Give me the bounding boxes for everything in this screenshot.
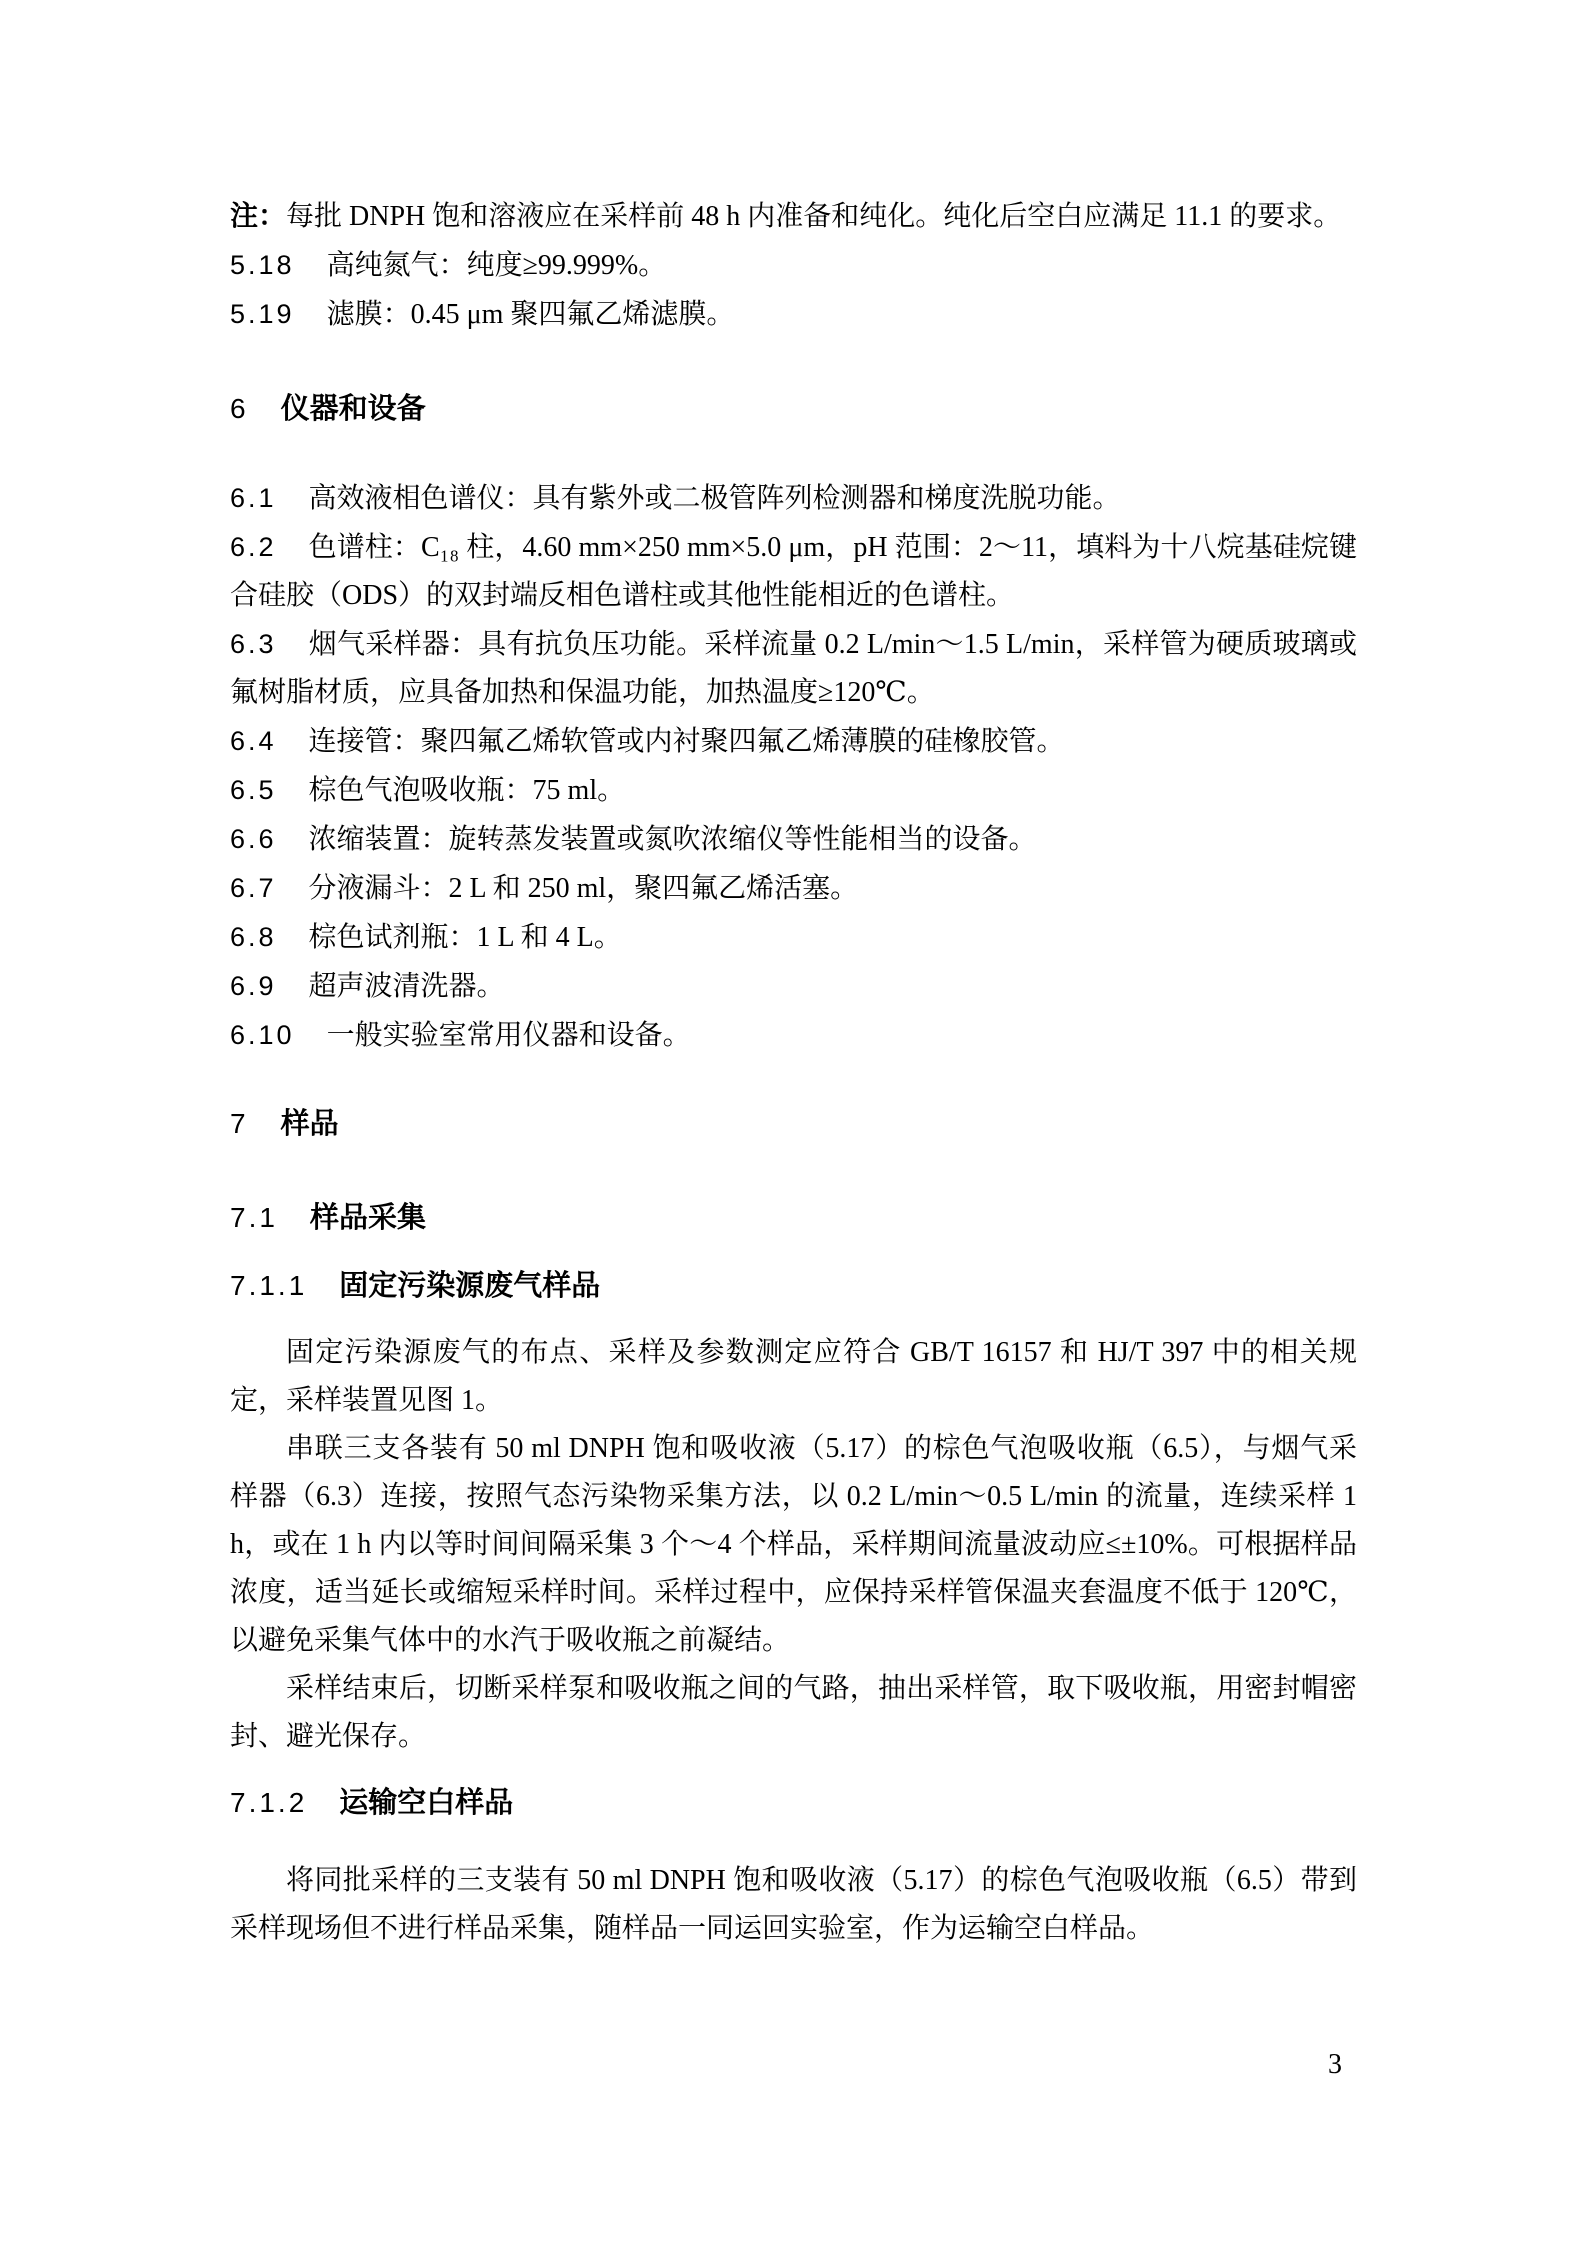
page-number: 3: [1328, 2048, 1342, 2082]
clause-text: 一般实验室常用仪器和设备。: [327, 1020, 691, 1051]
clause-text: 浓缩装置：旋转蒸发装置或氮吹浓缩仪等性能相当的设备。: [309, 824, 1037, 855]
note-text: 每批 DNPH 饱和溶液应在采样前 48 h 内准备和纯化。纯化后空白应满足 1…: [286, 201, 1341, 232]
clause-text: 分液漏斗：2 L 和 250 ml，聚四氟乙烯活塞。: [309, 873, 859, 904]
document-page: 注：每批 DNPH 饱和溶液应在采样前 48 h 内准备和纯化。纯化后空白应满足…: [0, 0, 1587, 2245]
clause-number: 6.10: [230, 1020, 295, 1050]
paragraph-sampling-overview: 固定污染源废气的布点、采样及参数测定应符合 GB/T 16157 和 HJ/T …: [230, 1329, 1357, 1425]
section-number: 6: [230, 393, 249, 424]
clause-number: 6.7: [230, 873, 277, 903]
clause-number: 6.9: [230, 971, 277, 1001]
section-number: 7: [230, 1108, 249, 1139]
clause-6-7: 6.7分液漏斗：2 L 和 250 ml，聚四氟乙烯活塞。: [230, 864, 1357, 913]
clause-number: 5.19: [230, 299, 295, 329]
clause-text: 棕色试剂瓶：1 L 和 4 L。: [309, 922, 622, 953]
paragraph-transport-blank: 将同批采样的三支装有 50 ml DNPH 饱和吸收液（5.17）的棕色气泡吸收…: [230, 1857, 1357, 1953]
clause-6-4: 6.4连接管：聚四氟乙烯软管或内衬聚四氟乙烯薄膜的硅橡胶管。: [230, 717, 1357, 766]
clause-number: 5.18: [230, 250, 295, 280]
section-7-heading: 7样品: [230, 1100, 1357, 1149]
clause-text: 高纯氮气：纯度≥99.999%。: [327, 250, 667, 281]
clause-6-8: 6.8棕色试剂瓶：1 L 和 4 L。: [230, 913, 1357, 962]
section-7-1-1-heading: 7.1.1固定污染源废气样品: [230, 1262, 1357, 1311]
clause-text: 棕色气泡吸收瓶：75 ml。: [309, 775, 626, 806]
note-line: 注：每批 DNPH 饱和溶液应在采样前 48 h 内准备和纯化。纯化后空白应满足…: [230, 193, 1357, 241]
clause-number: 6.4: [230, 726, 277, 756]
page-content: 注：每批 DNPH 饱和溶液应在采样前 48 h 内准备和纯化。纯化后空白应满足…: [230, 193, 1357, 1953]
section-title: 仪器和设备: [281, 393, 426, 425]
clause-number: 6.1: [230, 483, 277, 513]
clause-text: 烟气采样器：具有抗负压功能。采样流量 0.2 L/min～1.5 L/min，采…: [230, 629, 1357, 708]
clause-5-18: 5.18高纯氮气：纯度≥99.999%。: [230, 241, 1357, 290]
paragraph-sampling-end: 采样结束后，切断采样泵和吸收瓶之间的气路，抽出采样管，取下吸收瓶，用密封帽密封、…: [230, 1665, 1357, 1761]
section-title: 运输空白样品: [339, 1787, 513, 1819]
section-7-1-heading: 7.1样品采集: [230, 1194, 1357, 1243]
clause-6-5: 6.5棕色气泡吸收瓶：75 ml。: [230, 766, 1357, 815]
clause-text: 连接管：聚四氟乙烯软管或内衬聚四氟乙烯薄膜的硅橡胶管。: [309, 726, 1065, 757]
clause-6-6: 6.6浓缩装置：旋转蒸发装置或氮吹浓缩仪等性能相当的设备。: [230, 815, 1357, 864]
clause-6-3: 6.3烟气采样器：具有抗负压功能。采样流量 0.2 L/min～1.5 L/mi…: [230, 620, 1357, 717]
section-number: 7.1.2: [230, 1787, 307, 1818]
section-title: 固定污染源废气样品: [339, 1270, 600, 1302]
section-6-heading: 6仪器和设备: [230, 385, 1357, 434]
clause-number: 6.6: [230, 824, 277, 854]
paragraph-sampling-procedure: 串联三支各装有 50 ml DNPH 饱和吸收液（5.17）的棕色气泡吸收瓶（6…: [230, 1425, 1357, 1665]
section-number: 7.1: [230, 1202, 278, 1233]
clause-number: 6.2: [230, 532, 277, 562]
clause-6-1: 6.1高效液相色谱仪：具有紫外或二极管阵列检测器和梯度洗脱功能。: [230, 474, 1357, 523]
clause-6-10: 6.10一般实验室常用仪器和设备。: [230, 1011, 1357, 1060]
section-number: 7.1.1: [230, 1270, 307, 1301]
clause-text: 超声波清洗器。: [309, 971, 505, 1002]
clause-text: 色谱柱：C₁₈ 柱，4.60 mm×250 mm×5.0 μm，pH 范围：2～…: [230, 532, 1357, 611]
clause-text: 高效液相色谱仪：具有紫外或二极管阵列检测器和梯度洗脱功能。: [309, 483, 1121, 514]
clause-number: 6.3: [230, 629, 277, 659]
clause-number: 6.8: [230, 922, 277, 952]
section-title: 样品采集: [310, 1202, 426, 1234]
clause-number: 6.5: [230, 775, 277, 805]
clause-text: 滤膜：0.45 μm 聚四氟乙烯滤膜。: [327, 299, 735, 330]
clause-6-2: 6.2色谱柱：C₁₈ 柱，4.60 mm×250 mm×5.0 μm，pH 范围…: [230, 523, 1357, 620]
section-7-1-2-heading: 7.1.2运输空白样品: [230, 1779, 1357, 1828]
section-title: 样品: [281, 1108, 339, 1140]
clause-5-19: 5.19滤膜：0.45 μm 聚四氟乙烯滤膜。: [230, 290, 1357, 339]
note-label: 注：: [230, 201, 286, 232]
clause-6-9: 6.9超声波清洗器。: [230, 962, 1357, 1011]
